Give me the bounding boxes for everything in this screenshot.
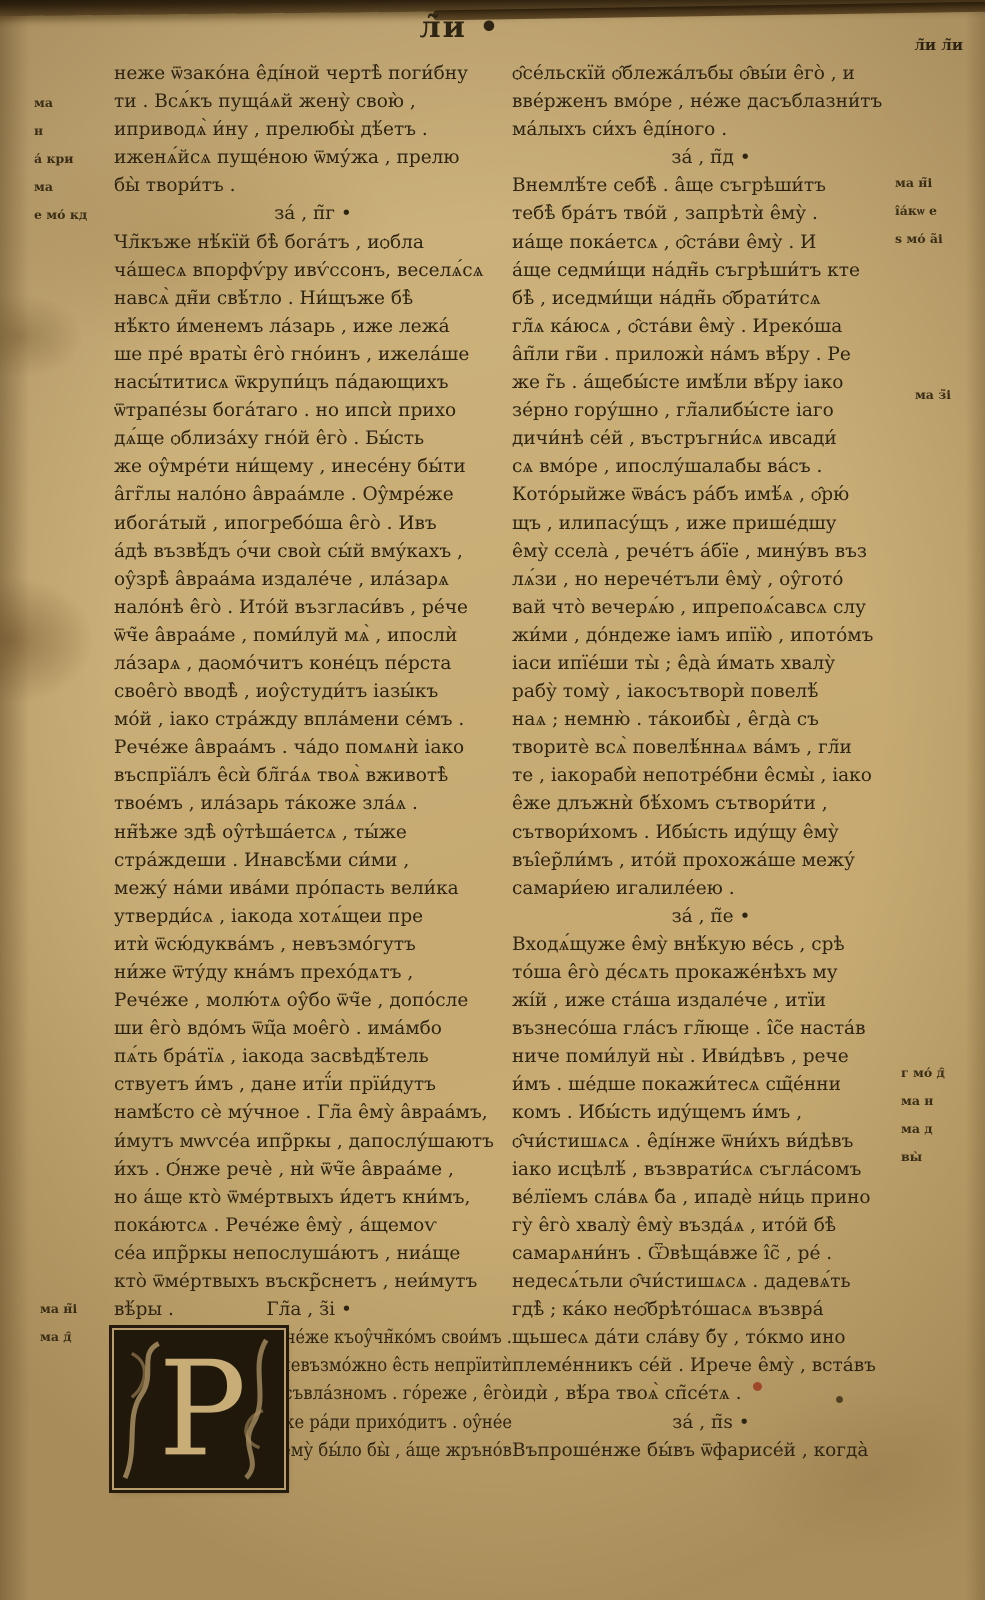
text-line: утверди́сѧ , іакода хотѧ́щеи пре — [114, 903, 512, 931]
text-line: бѣ̀ , иседми́щи на́дн̃ь ѻ̂брати́тсѧ — [512, 285, 910, 313]
text-line: лѧ́зи , но нерече́тъли е̂му̀ , оу̂гото́ — [512, 566, 910, 594]
text-line: а̂п̃ли гв̃и . приложѝ на́мъ вѣ́ру . Ре — [512, 341, 910, 369]
text-line: иженѧ́йсѧ пуще́ною ѿму́жа , прелю — [114, 144, 512, 172]
text-line: мо́й , іако стра́жду впла́мени се́мъ . — [114, 706, 512, 734]
text-line: ни́же ѿту́ду кна́мъ прехо́дѧтъ , — [114, 959, 512, 987]
text-line: щъ , илипасу́щъ , иже прише́дшу — [512, 510, 910, 538]
text-line: гл̃ѧ ка́юсѧ , ѻ̂ста́ви е̂му̀ . Иреко́ша — [512, 313, 910, 341]
text-line: Рече́же , молю́тѧ оу̂бо ѿч̃е , допо́сле — [114, 987, 512, 1015]
text-line: же оу̂мре́ти ни́щему , инесе́ну бы́ти — [114, 453, 512, 481]
text-line: ма з̃і — [915, 382, 951, 410]
text-line: іако исцѣлѣ́ , възврати́сѧ съгла́сомъ — [512, 1156, 910, 1184]
text-line: но а́ще кто̀ ѿме́ртвыхъ и́детъ кни́мъ, — [114, 1184, 512, 1212]
text-line: Входѧ́щуже е̂му̀ внѣ́кую ве́сь , срѣ — [512, 931, 910, 959]
text-line: наѧ ; немню̀ . та́коибы̀ , е̂гда̀ съ — [512, 706, 910, 734]
text-line: тебѣ̀ бра́тъ тво́й , запрѣтѝ е̂му̀ . — [512, 200, 910, 228]
text-line: самари́ею игалиле́ею . — [512, 875, 910, 903]
brown-ink-dot — [836, 1396, 843, 1403]
text-line: ибога́тый , ипогребо́ша е̂го̀ . Ивъ — [114, 510, 512, 538]
text-line: межу́ на́ми ива́ми про́пасть вели́ка — [114, 875, 512, 903]
text-line: н — [34, 118, 87, 146]
text-line: навсѧ̀ дн̃и свѣ́тло . Ни́щъже бѣ̀ — [114, 285, 512, 313]
text-line: кто̀ ѿме́ртвыхъ въскр̃снетъ , неи́мутъ — [114, 1268, 512, 1296]
scanned-book-page: л̃и • л̃и л̃и мана́ кримае мо́ кд ма н̃і… — [0, 0, 985, 1600]
text-line: а́дѣ възвѣ́дъ ѻ́чи своѝ сы́й вму́кахъ , — [114, 538, 512, 566]
margin-notes-left-bottom: ма н̃іма д̑ — [40, 1296, 77, 1352]
text-line: а́ще седми́щи на́дн̃ь съгрѣши́тъ кте — [512, 257, 910, 285]
text-line: зе́рно гору́шно , гл̃алибы́сте іаго — [512, 397, 910, 425]
text-line: ма н̃і — [40, 1296, 77, 1324]
text-line: Чл̃къже нѣ́кїй бѣ̀ бога́тъ , иѻбла — [114, 229, 512, 257]
text-line: итѝ ѿсю́дуква́мъ , невъзмо́гутъ — [114, 931, 512, 959]
text-line: и́мъ . ше́дше покажи́тесѧ сщ̃е́нни — [512, 1071, 910, 1099]
text-line: племе́нникъ се́й . Ирече е̂му̀ , вста́въ — [512, 1352, 910, 1380]
text-line: ма — [34, 174, 87, 202]
text-line: ниче поми́луй ны̀ . Иви́дѣвъ , рече — [512, 1043, 910, 1071]
text-line: бы̀ твори́тъ . — [114, 172, 512, 200]
text-line: вве́рженъ вмо́ре , не́же дасъблазни́тъ — [512, 88, 910, 116]
red-ink-dot — [753, 1382, 762, 1391]
text-line: за́ , п̃г • — [114, 200, 512, 228]
text-line: рабу̀ тому̀ , іакосътворѝ повелѣ́ — [512, 678, 910, 706]
text-line: ма́лыхъ си́хъ е̂ді́ного . — [512, 116, 910, 144]
text-line: за́ , п̃ѕ • — [512, 1409, 910, 1437]
text-line: ти . Всѧ́къ пуща́ѧй жену̀ свою̀ , — [114, 88, 512, 116]
text-line: ѻ̂чи́стишѧсѧ . е̂ді́нже ѿни́хъ ви́дѣвъ — [512, 1128, 910, 1156]
woodcut-ornament: Р — [114, 1330, 284, 1488]
text-line: е мо́ кд — [34, 202, 87, 230]
text-line: стра́ждеши . Инавсѣ́ми си́ми , — [114, 847, 512, 875]
text-line: идѝ , вѣ́ра твоѧ̀ сп̃се́тѧ . — [512, 1380, 910, 1408]
text-line: за́ , п̃д • — [512, 144, 910, 172]
initial-letter-glyph: Р — [158, 1332, 246, 1485]
text-line: же г̃ь . а́щебы́сте имѣ́ли вѣ́ру іако — [512, 369, 910, 397]
text-line: насы́титисѧ ѿкрупи́цъ па́дающихъ — [114, 369, 512, 397]
text-line: щьшесѧ да́ти сла́ву б̃у , то́кмо ино — [512, 1324, 910, 1352]
text-line: ма н — [901, 1088, 965, 1116]
text-line: ѿч̃е а̂враа́ме , поми́луй мѧ̀ , ипослѝ — [114, 622, 512, 650]
text-line: а́ кри — [34, 146, 87, 174]
text-line: и́мутъ мѡѵсе́а ипр̃ркы , дапослу́шаютъ — [114, 1128, 512, 1156]
text-line: иа́ще пока́етсѧ , ѻ̂ста́ви е̂му̀ . И — [512, 229, 910, 257]
text-line: Кото́рыйже ѿва́съ ра́бъ имѣ́ѧ , ѻ̂рю́ — [512, 481, 910, 509]
text-line: за́ , п̃е • — [512, 903, 910, 931]
text-line: ла́зарѧ , даѻмо́читъ коне́цъ пе́рста — [114, 650, 512, 678]
text-line: недесѧ́тьли ѻ̂чи́стишѧсѧ . дадевѧ́ть — [512, 1268, 910, 1296]
text-line: ствуетъ и́мъ , дане итї́и прїи́дутъ — [114, 1071, 512, 1099]
text-line: е̂же длъжнѝ бѣ́хомъ сътвори́ти , — [512, 790, 910, 818]
text-line: комъ . Ибы́сть иду́щемъ и́мъ , — [512, 1099, 910, 1127]
margin-notes-right-mid: ма з̃і — [915, 382, 951, 410]
text-line: то́ша е̂го̀ де́сѧть прокаже́нѣхъ му — [512, 959, 910, 987]
text-line: нало́нѣ е̂го̀ . Ито́й възгласи́въ , ре́ч… — [114, 594, 512, 622]
text-line: въспрїа́лъ е̂сѝ бл̃га́ѧ твоѧ̀ вживотѣ̀ — [114, 762, 512, 790]
text-line: неже ѿзако́на е̂ді́ной чертѣ̀ поги́бну — [114, 60, 512, 88]
text-line: пока́ютсѧ . Рече́же е̂му̀ , а́щемоѵ — [114, 1212, 512, 1240]
text-line: жи́ми , до́ндеже іамъ ипїю̀ , ипото́мъ — [512, 622, 910, 650]
text-line: Въпроше́нже бы́въ ѿфарисе́й , когда̀ — [512, 1437, 910, 1465]
text-line: сѧ вмо́ре , ипослу́шалабы ва́съ . — [512, 453, 910, 481]
text-line: а̂гг̃лы нало́но а̂враа́мле . Оу̂мре́же — [114, 481, 512, 509]
margin-notes-right-lower: г мо́ д̑ма нма двы̀ — [901, 1060, 965, 1172]
text-line: намѣ́сто сѐ му́чное . Гл̃а е̂му̀ а̂враа́… — [114, 1099, 512, 1127]
text-line: се́а ипр̃ркы непослуша́ютъ , ниа́ще — [114, 1240, 512, 1268]
text-line: Внемлѣ́те себѣ̀ . а̂ще съгрѣши́тъ — [512, 172, 910, 200]
text-line: творитѐ всѧ̀ повелѣ́ннаѧ ва́мъ , гл̃и — [512, 734, 910, 762]
text-line: самарѧни́нъ . Ѿвѣща́вже і̂с̃ , ре́ . — [512, 1240, 910, 1268]
text-line: іаси ипїе́ши ты̀ ; е̂да̀ и́мать хвалу̀ — [512, 650, 910, 678]
text-line: вы̀ — [901, 1144, 965, 1172]
text-line: твое́мъ , ила́зарь та́коже зла́ѧ . — [114, 790, 512, 818]
text-line: ча́шесѧ впорфѵ́ру ивѵ́ссонъ, веселѧ́сѧ — [114, 257, 512, 285]
text-line: г мо́ д̑ — [901, 1060, 965, 1088]
text-line: ве́лїемъ сла́вѧ б̃а , ипадѐ ни́ць прино — [512, 1184, 910, 1212]
text-line: ѻ̂се́льскїй ѻ̂блежа́лъбы ѻ̂вы́и е̂го̀ , … — [512, 60, 910, 88]
text-line: гу̀ е̂го̀ хвалу̀ е̂му̀ възда́ѧ , ито́й б… — [512, 1212, 910, 1240]
text-column-left: неже ѿзако́на е̂ді́ной чертѣ̀ поги́бнути… — [114, 60, 512, 1465]
text-line: вай что̀ вечерѧ́ю , ипрепоѧ́савсѧ слу — [512, 594, 910, 622]
text-line: възнесо́ша гла́съ гл̃юще . і̂с̃е наста́в — [512, 1015, 910, 1043]
text-line: те , іакорабѝ непотре́бни е̂смы̀ , іако — [512, 762, 910, 790]
margin-notes-left-top: мана́ кримае мо́ кд — [34, 90, 87, 230]
woodcut-initial-letter: Р — [114, 1330, 284, 1488]
text-line: ше пре́ враты̀ е̂го̀ гно́инъ , ижела́ше — [114, 341, 512, 369]
text-line: и́хъ . Ѻ́нже речѐ , нѝ ѿч̃е а̂враа́ме , — [114, 1156, 512, 1184]
text-line: дѧ́ще ѻблиза́ху гно́й е̂го̀ . Бы́сть — [114, 425, 512, 453]
text-line: нн̃ѣже здѣ̀ оу̂тѣша́етсѧ , ты́же — [114, 819, 512, 847]
text-line: ма д̑ — [40, 1324, 77, 1352]
corner-reference: л̃и л̃и — [914, 36, 963, 54]
text-line: вѣ́ры . Гл̃а , з̃і • — [114, 1296, 512, 1324]
text-line: свое̂го̀ вводѣ̀ , иоу̂студи́тъ іазы́къ — [114, 678, 512, 706]
text-column-right: ѻ̂се́льскїй ѻ̂блежа́лъбы ѻ̂вы́и е̂го̀ , … — [512, 60, 910, 1465]
text-line: ѿтрапе́зы бога́таго . но ипсѝ прихо — [114, 397, 512, 425]
text-line: пѧ́ть бра́тїѧ , іакода засвѣдѣ́тель — [114, 1043, 512, 1071]
text-line: ма — [34, 90, 87, 118]
text-line: гдѣ̀ ; ка́ко неѻ̂брѣто́шасѧ възвра́ — [512, 1296, 910, 1324]
folio-number: л̃и • — [0, 10, 920, 45]
text-line: въі̂ер̃ли́мъ , ито́й прохожа́ше межу́ — [512, 847, 910, 875]
text-line: ма д — [901, 1116, 965, 1144]
text-line: е̂му̀ ссела̀ , рече́тъ а́бїе , мину́въ в… — [512, 538, 910, 566]
text-line: иприводѧ̀ и́ну , прелюбы̀ дѣ́етъ . — [114, 116, 512, 144]
text-line: жі́й , иже ста́ша издале́че , итїи — [512, 987, 910, 1015]
text-line: оу̂зрѣ̀ а̂враа́ма издале́че , ила́зарѧ — [114, 566, 512, 594]
text-line: нѣ́кто и́менемъ ла́зарь , иже лежа́ — [114, 313, 512, 341]
text-line: дичи́нѣ се́й , въстръгни́сѧ ивсади́ — [512, 425, 910, 453]
text-line: ши е̂го̀ вдо́мъ ѿц̃а мое̂го̀ . има́мбо — [114, 1015, 512, 1043]
text-line: Рече́же а̂враа́мъ . ча́до помѧнѝ іако — [114, 734, 512, 762]
text-line: сътвори́хомъ . Ибы́сть иду́щу е̂му̀ — [512, 819, 910, 847]
